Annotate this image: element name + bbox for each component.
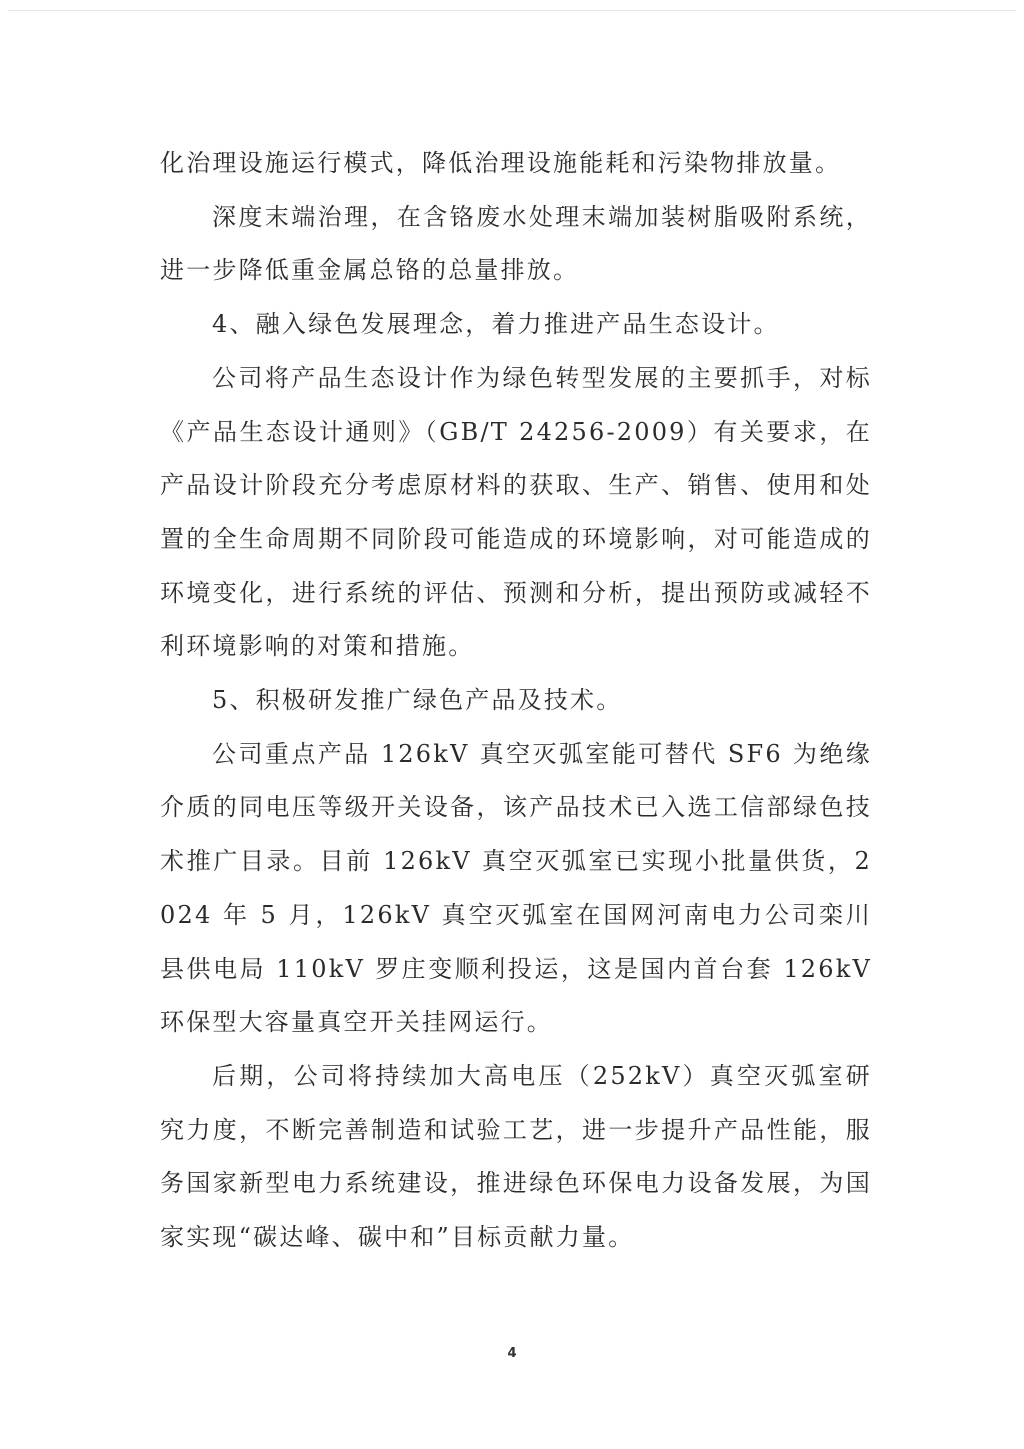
paragraph-continuation: 化治理设施运行模式，降低治理设施能耗和污染物排放量。 [160, 137, 872, 191]
page-top-edge [8, 10, 1016, 11]
paragraph-end-treatment: 深度末端治理，在含铬废水处理末端加装树脂吸附系统，进一步降低重金属总铬的总量排放… [160, 191, 872, 298]
page-number: 4 [0, 1346, 1024, 1361]
paragraph-eco-design: 公司将产品生态设计作为绿色转型发展的主要抓手，对标《产品生态设计通则》（GB/T… [160, 352, 872, 674]
section-heading-5: 5、积极研发推广绿色产品及技术。 [160, 674, 872, 728]
paragraph-future-plan: 后期，公司将持续加大高电压（252kV）真空灭弧室研究力度，不断完善制造和试验工… [160, 1050, 872, 1265]
section-heading-4: 4、融入绿色发展理念，着力推进产品生态设计。 [160, 298, 872, 352]
paragraph-126kv-product: 公司重点产品 126kV 真空灭弧室能可替代 SF6 为绝缘介质的同电压等级开关… [160, 728, 872, 1050]
document-body: 化治理设施运行模式，降低治理设施能耗和污染物排放量。 深度末端治理，在含铬废水处… [160, 137, 872, 1265]
